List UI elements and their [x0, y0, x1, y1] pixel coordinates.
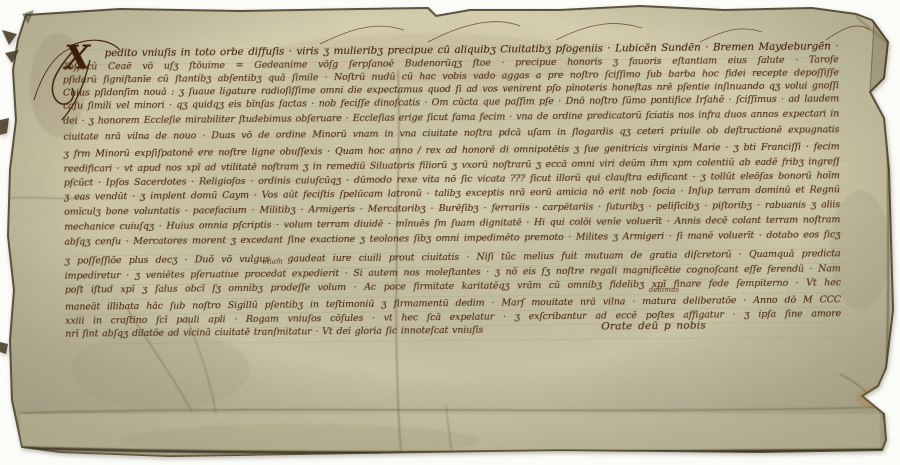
manuscript-photo: X pedito vniuſis in toto orbe diffuſis ·… [0, 0, 900, 465]
closing-prayer: Orate deū p nobis [601, 320, 706, 333]
interlinear-note: dedimus [649, 286, 679, 294]
text-block: X pedito vniuſis in toto orbe diffuſis ·… [0, 0, 900, 465]
interlinear-note: etiam [263, 258, 283, 266]
